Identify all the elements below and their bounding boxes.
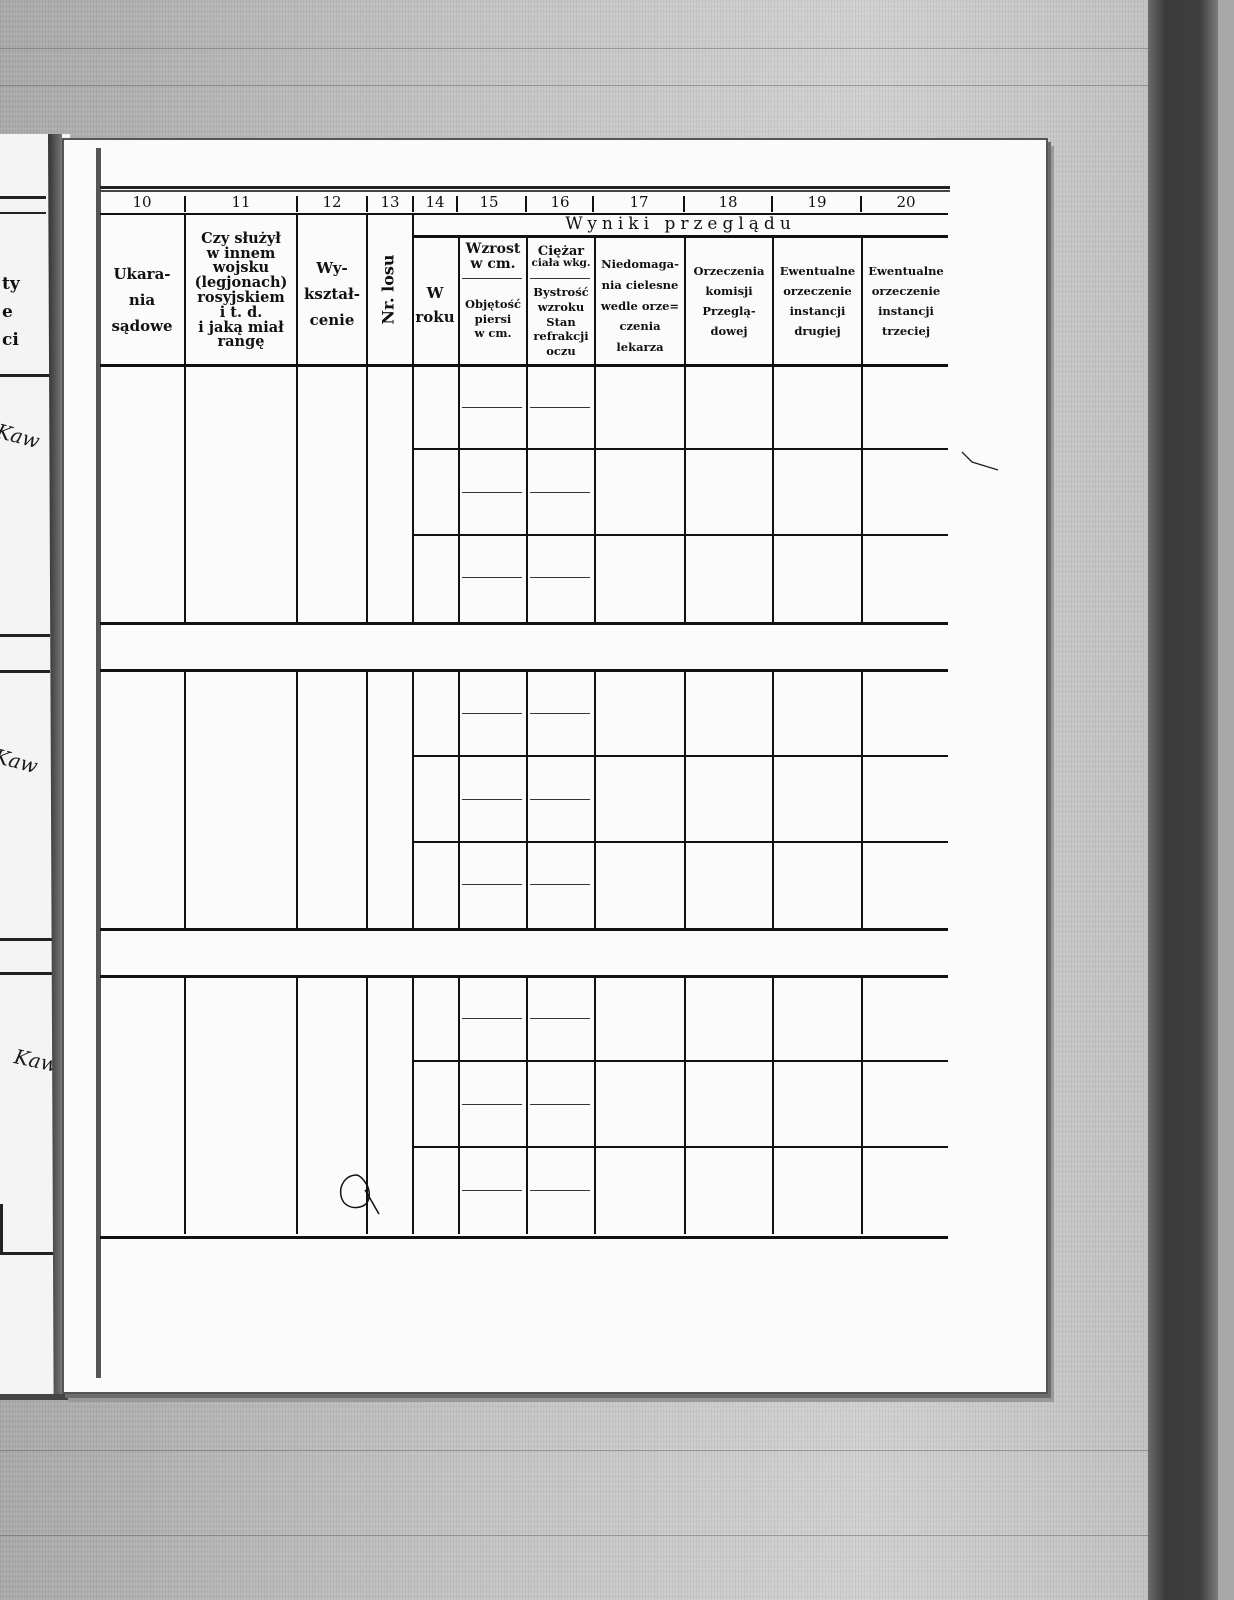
left-page-rule	[0, 670, 50, 673]
block-vertical-rule	[594, 672, 596, 928]
header-rule	[298, 213, 366, 215]
scanner-edge	[1218, 0, 1234, 1600]
block-minor-rule	[462, 407, 522, 408]
block-minor-rule	[530, 1018, 590, 1019]
block-minor-rule	[530, 884, 590, 885]
block-vertical-rule	[684, 978, 686, 1234]
block-minor-rule	[530, 1104, 590, 1105]
block-vertical-rule	[458, 978, 460, 1234]
handwritten-circle-mark	[335, 1172, 395, 1222]
column-number-separator	[456, 196, 458, 212]
header-rule	[100, 213, 184, 215]
column-number-18: 18	[686, 193, 770, 213]
block-sub-rule	[414, 1060, 948, 1062]
header-vertical-rule	[366, 213, 368, 365]
column-number-13: 13	[368, 193, 412, 213]
block-minor-rule	[462, 713, 522, 714]
header-top-rule	[100, 186, 950, 192]
block-vertical-rule	[526, 366, 528, 622]
block-vertical-rule	[412, 672, 414, 928]
block-minor-rule	[462, 1190, 522, 1191]
block-vertical-rule	[458, 672, 460, 928]
scan-artifact-line	[0, 1535, 1234, 1536]
left-page-rule	[0, 374, 50, 377]
block-vertical-rule	[184, 978, 186, 1234]
header-col-14: W roku	[414, 265, 456, 345]
block-vertical-rule	[594, 978, 596, 1234]
block-vertical-rule	[184, 366, 186, 622]
block-vertical-rule	[296, 672, 298, 928]
header-col-17: Niedomaga- nia cielesne wedle orze= czen…	[596, 250, 684, 362]
block-vertical-rule	[366, 672, 368, 928]
block-sub-rule	[414, 1146, 948, 1148]
column-number-19: 19	[774, 193, 860, 213]
block-vertical-rule	[296, 978, 298, 1234]
left-page-handwriting: Kaw	[0, 744, 40, 779]
block-sub-rule	[414, 534, 948, 536]
left-page-rule	[0, 634, 50, 637]
header-bottom-rule	[100, 364, 948, 367]
column-number-separator	[771, 196, 773, 212]
block-vertical-rule	[526, 978, 528, 1234]
header-col-11: Czy służył w innem wojsku (legjonach) ro…	[186, 216, 296, 366]
group-header-wyniki-przegladu: Wyniki przeglądu	[413, 214, 948, 234]
column-number-separator	[860, 196, 862, 212]
block-top-rule	[100, 669, 948, 672]
block-minor-rule	[530, 713, 590, 714]
block-vertical-rule	[861, 366, 863, 622]
block-sub-rule	[414, 448, 948, 450]
column-number-14: 14	[414, 193, 456, 213]
column-number-20: 20	[864, 193, 948, 213]
column-number-10: 10	[100, 193, 184, 213]
column-number-separator	[296, 196, 298, 212]
left-page-handwriting: Kaw	[0, 419, 42, 454]
block-vertical-rule	[684, 366, 686, 622]
scan-artifact-line	[0, 85, 1234, 86]
column-number-17: 17	[596, 193, 682, 213]
block-minor-rule	[530, 407, 590, 408]
block-sub-rule	[414, 841, 948, 843]
header-split-rule-15	[462, 278, 522, 279]
block-vertical-rule	[458, 366, 460, 622]
block-minor-rule	[530, 577, 590, 578]
header-col-13: Nr. losu	[379, 252, 398, 328]
block-vertical-rule	[772, 672, 774, 928]
header-col-18: Orzeczenia komisji Przeglą- dowej	[686, 255, 772, 347]
column-number-separator	[366, 196, 368, 212]
column-number-separator	[592, 196, 594, 212]
block-top-rule	[100, 975, 948, 978]
block-bottom-rule	[100, 1236, 948, 1239]
column-number-separator	[184, 196, 186, 212]
block-minor-rule	[462, 1104, 522, 1105]
block-vertical-rule	[861, 978, 863, 1234]
left-page-text: ty	[2, 274, 20, 294]
block-minor-rule	[462, 884, 522, 885]
header-col-15-bottom: Objętość piersi w cm.	[460, 290, 526, 348]
scan-artifact-line	[0, 1450, 1234, 1451]
column-number-12: 12	[298, 193, 366, 213]
left-page-rule	[0, 212, 46, 214]
column-number-16: 16	[530, 193, 590, 213]
block-vertical-rule	[772, 366, 774, 622]
block-minor-rule	[462, 799, 522, 800]
left-page-rule	[0, 938, 54, 941]
header-col-16-top: Ciężar ciała wkg.	[528, 238, 594, 276]
column-number-15: 15	[460, 193, 518, 213]
block-sub-rule	[414, 755, 948, 757]
stray-pen-stroke	[960, 448, 1005, 478]
header-rule	[186, 213, 296, 215]
left-page-box-edge	[0, 1204, 3, 1254]
block-vertical-rule	[412, 366, 414, 622]
header-col-10: Ukara- nia sądowe	[100, 236, 184, 364]
column-number-separator	[683, 196, 685, 212]
block-vertical-rule	[684, 672, 686, 928]
header-split-rule-16	[530, 278, 590, 279]
block-minor-rule	[530, 1190, 590, 1191]
block-minor-rule	[462, 1018, 522, 1019]
header-col-12: Wy- kształ- cenie	[298, 236, 366, 352]
block-vertical-rule	[861, 672, 863, 928]
left-page-text: ci	[2, 330, 19, 350]
header-col-15-top: Wzrost w cm.	[460, 238, 526, 276]
block-minor-rule	[530, 492, 590, 493]
left-page-text: e	[2, 302, 13, 322]
block-vertical-rule	[594, 366, 596, 622]
left-page-rule	[0, 972, 54, 975]
block-vertical-rule	[412, 978, 414, 1234]
header-col-16-bottom: Bystrość wzroku Stan refrakcji oczu	[528, 280, 594, 364]
block-minor-rule	[462, 577, 522, 578]
block-vertical-rule	[772, 978, 774, 1234]
header-col-20: Ewentualne orzeczenie instancji trzeciej	[863, 255, 949, 347]
column-number-separator	[412, 196, 414, 212]
block-vertical-rule	[526, 672, 528, 928]
block-vertical-rule	[366, 366, 368, 622]
scanner-shadow-band	[1148, 0, 1218, 1600]
left-page-rule	[0, 196, 46, 199]
column-number-11: 11	[186, 193, 296, 213]
block-bottom-rule	[100, 622, 948, 625]
block-minor-rule	[530, 799, 590, 800]
column-number-separator	[525, 196, 527, 212]
block-minor-rule	[462, 492, 522, 493]
block-bottom-rule	[100, 928, 948, 931]
header-col-19: Ewentualne orzeczenie instancji drugiej	[774, 255, 861, 347]
block-vertical-rule	[296, 366, 298, 622]
scan-artifact-line	[0, 48, 1234, 49]
block-vertical-rule	[184, 672, 186, 928]
